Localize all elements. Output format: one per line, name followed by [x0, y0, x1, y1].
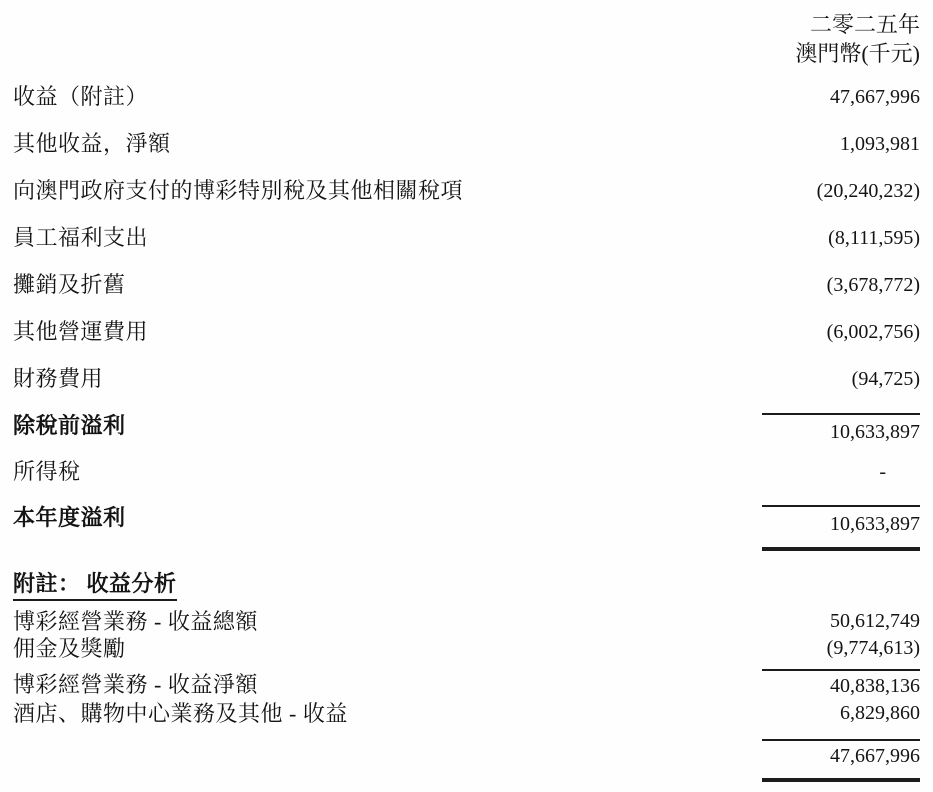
table-row-profit-before-tax: 除稅前溢利 10,633,897 [13, 413, 920, 459]
row-value: (94,725) [762, 366, 920, 392]
row-value: (20,240,232) [762, 178, 920, 204]
table-row-gaming-tax: 向澳門政府支付的博彩特別稅及其他相關稅項 (20,240,232) [13, 178, 920, 225]
row-value: 47,667,996 [762, 739, 920, 770]
double-total-rule [762, 547, 920, 551]
row-label: 收益（附註） [13, 84, 762, 110]
row-label: 所得稅 [13, 459, 762, 485]
row-value: 6,829,860 [762, 700, 920, 727]
row-value: - [762, 459, 920, 485]
row-label: 博彩經營業務 - 收益總額 [13, 608, 762, 635]
revenue-analysis-note: 附註： 收益分析 博彩經營業務 - 收益總額 50,612,749 佣金及獎勵 … [13, 567, 920, 782]
row-value-wrap: 47,667,996 [762, 739, 920, 782]
table-row-staff-costs: 員工福利支出 (8,111,595) [13, 225, 920, 272]
table-row-revenue: 收益（附註） 47,667,996 [13, 84, 920, 131]
note-row-commissions-incentives: 佣金及獎勵 (9,774,613) [13, 635, 920, 662]
row-value: (8,111,595) [762, 225, 920, 251]
table-row-income-tax: 所得稅 - [13, 459, 920, 505]
row-value: (9,774,613) [762, 635, 920, 662]
note-row-hotel-mall-other-revenue: 酒店、購物中心業務及其他 - 收益 6,829,860 [13, 700, 920, 727]
row-label: 其他收益，淨額 [13, 131, 762, 157]
row-label: 酒店、購物中心業務及其他 - 收益 [13, 700, 762, 727]
note-row-gross-gaming-revenue: 博彩經營業務 - 收益總額 50,612,749 [13, 608, 920, 635]
row-value: 1,093,981 [762, 131, 920, 157]
note-row-net-gaming-revenue: 博彩經營業務 - 收益淨額 40,838,136 [13, 669, 920, 700]
note-title: 附註： 收益分析 [13, 567, 920, 601]
row-value: 50,612,749 [762, 608, 920, 635]
row-value-wrap: 10,633,897 [762, 505, 920, 551]
row-value: 10,633,897 [762, 505, 920, 537]
table-row-depreciation: 攤銷及折舊 (3,678,772) [13, 272, 920, 319]
year-heading: 二零二五年 [13, 10, 920, 39]
currency-unit-heading: 澳門幣(千元) [13, 39, 920, 68]
row-value: 47,667,996 [762, 84, 920, 110]
table-row-other-income: 其他收益，淨額 1,093,981 [13, 131, 920, 178]
row-label: 佣金及獎勵 [13, 635, 762, 662]
row-label: 除稅前溢利 [13, 413, 762, 439]
row-value: (6,002,756) [762, 319, 920, 345]
row-label: 員工福利支出 [13, 225, 762, 251]
row-label: 本年度溢利 [13, 505, 762, 531]
statement-body: 收益（附註） 47,667,996 其他收益，淨額 1,093,981 向澳門政… [13, 84, 920, 551]
row-label: 攤銷及折舊 [13, 272, 762, 298]
table-row-other-operating-expenses: 其他營運費用 (6,002,756) [13, 319, 920, 366]
note-title-text: 附註： 收益分析 [13, 567, 177, 601]
row-value: 10,633,897 [762, 413, 920, 445]
row-value: (3,678,772) [762, 272, 920, 298]
row-label: 博彩經營業務 - 收益淨額 [13, 671, 762, 698]
row-label: 其他營運費用 [13, 319, 762, 345]
column-header: 二零二五年 澳門幣(千元) [13, 10, 920, 68]
table-row-profit-for-year: 本年度溢利 10,633,897 [13, 505, 920, 551]
financial-statement-page: 二零二五年 澳門幣(千元) 收益（附註） 47,667,996 其他收益，淨額 … [0, 0, 933, 792]
row-value: 40,838,136 [762, 669, 920, 700]
row-label: 財務費用 [13, 366, 762, 392]
table-row-finance-costs: 財務費用 (94,725) [13, 366, 920, 413]
row-label: 向澳門政府支付的博彩特別稅及其他相關稅項 [13, 178, 762, 204]
double-total-rule [762, 778, 920, 782]
note-row-total-revenue: 47,667,996 [13, 739, 920, 782]
